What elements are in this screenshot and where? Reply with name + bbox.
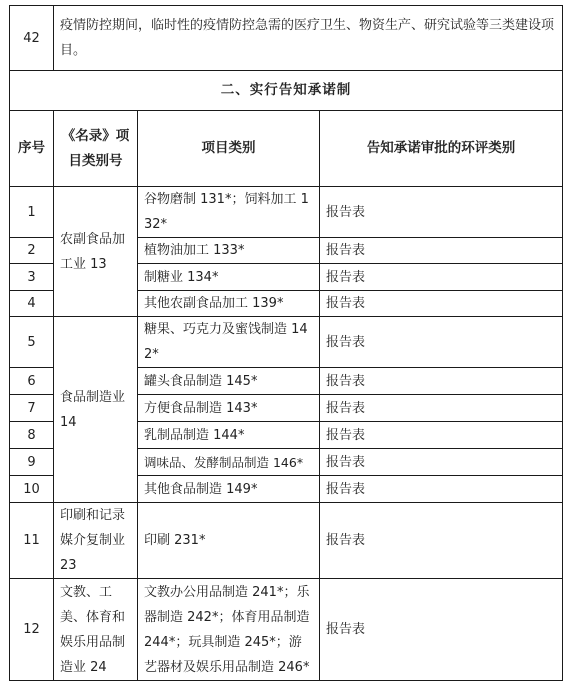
group-name: 食品制造业 14 [54,317,138,503]
row-number: 42 [10,6,54,71]
row-eia-type: 报告表 [320,579,563,681]
group-name: 印刷和记录媒介复制业 23 [54,503,138,579]
header-category: 项目类别 [138,111,320,187]
table-row: 11 印刷和记录媒介复制业 23 印刷 231* 报告表 [10,503,563,579]
header-row: 序号 《名录》项目类别号 项目类别 告知承诺审批的环评类别 [10,111,563,187]
approval-table: 42 疫情防控期间，临时性的疫情防控急需的医疗卫生、物资生产、研究试验等三类建设… [9,5,563,681]
section-title: 二、实行告知承诺制 [10,71,563,111]
header-number: 序号 [10,111,54,187]
row-number: 11 [10,503,54,579]
row-category: 乳制品制造 144* [138,422,320,449]
row-eia-type: 报告表 [320,395,563,422]
row-number: 7 [10,395,54,422]
row-eia-type: 报告表 [320,476,563,503]
row-category: 文教办公用品制造 241*；乐器制造 242*；体育用品制造 244*；玩具制造… [138,579,320,681]
section-row: 二、实行告知承诺制 [10,71,563,111]
row-category: 糖果、巧克力及蜜饯制造 142* [138,317,320,368]
row-category: 罐头食品制造 145* [138,368,320,395]
header-eia-type: 告知承诺审批的环评类别 [320,111,563,187]
group-name: 文教、工美、体育和娱乐用品制造业 24 [54,579,138,681]
table-row: 5 食品制造业 14 糖果、巧克力及蜜饯制造 142* 报告表 [10,317,563,368]
header-catalog-number: 《名录》项目类别号 [54,111,138,187]
row-category: 植物油加工 133* [138,238,320,264]
row-eia-type: 报告表 [320,317,563,368]
row-eia-type: 报告表 [320,368,563,395]
row-category: 制糖业 134* [138,264,320,291]
row-category: 调味品、发酵制品制造 146* [138,449,320,476]
row-number: 8 [10,422,54,449]
row-number: 3 [10,264,54,291]
row-number: 5 [10,317,54,368]
row-number: 4 [10,291,54,317]
row-category: 谷物磨制 131*；饲料加工 132* [138,187,320,238]
row-number: 1 [10,187,54,238]
row-number: 9 [10,449,54,476]
row-category: 方便食品制造 143* [138,395,320,422]
row-number: 12 [10,579,54,681]
row-eia-type: 报告表 [320,422,563,449]
row-eia-type: 报告表 [320,291,563,317]
row-category: 其他食品制造 149* [138,476,320,503]
row-description: 疫情防控期间，临时性的疫情防控急需的医疗卫生、物资生产、研究试验等三类建设项目。 [54,6,563,71]
group-name: 农副食品加工业 13 [54,187,138,317]
row-eia-type: 报告表 [320,187,563,238]
row-eia-type: 报告表 [320,238,563,264]
table-row-42: 42 疫情防控期间，临时性的疫情防控急需的医疗卫生、物资生产、研究试验等三类建设… [10,6,563,71]
row-eia-type: 报告表 [320,503,563,579]
table-row: 1 农副食品加工业 13 谷物磨制 131*；饲料加工 132* 报告表 [10,187,563,238]
table-row: 12 文教、工美、体育和娱乐用品制造业 24 文教办公用品制造 241*；乐器制… [10,579,563,681]
row-eia-type: 报告表 [320,264,563,291]
row-eia-type: 报告表 [320,449,563,476]
row-number: 6 [10,368,54,395]
row-number: 10 [10,476,54,503]
row-number: 2 [10,238,54,264]
row-category: 其他农副食品加工 139* [138,291,320,317]
row-category: 印刷 231* [138,503,320,579]
